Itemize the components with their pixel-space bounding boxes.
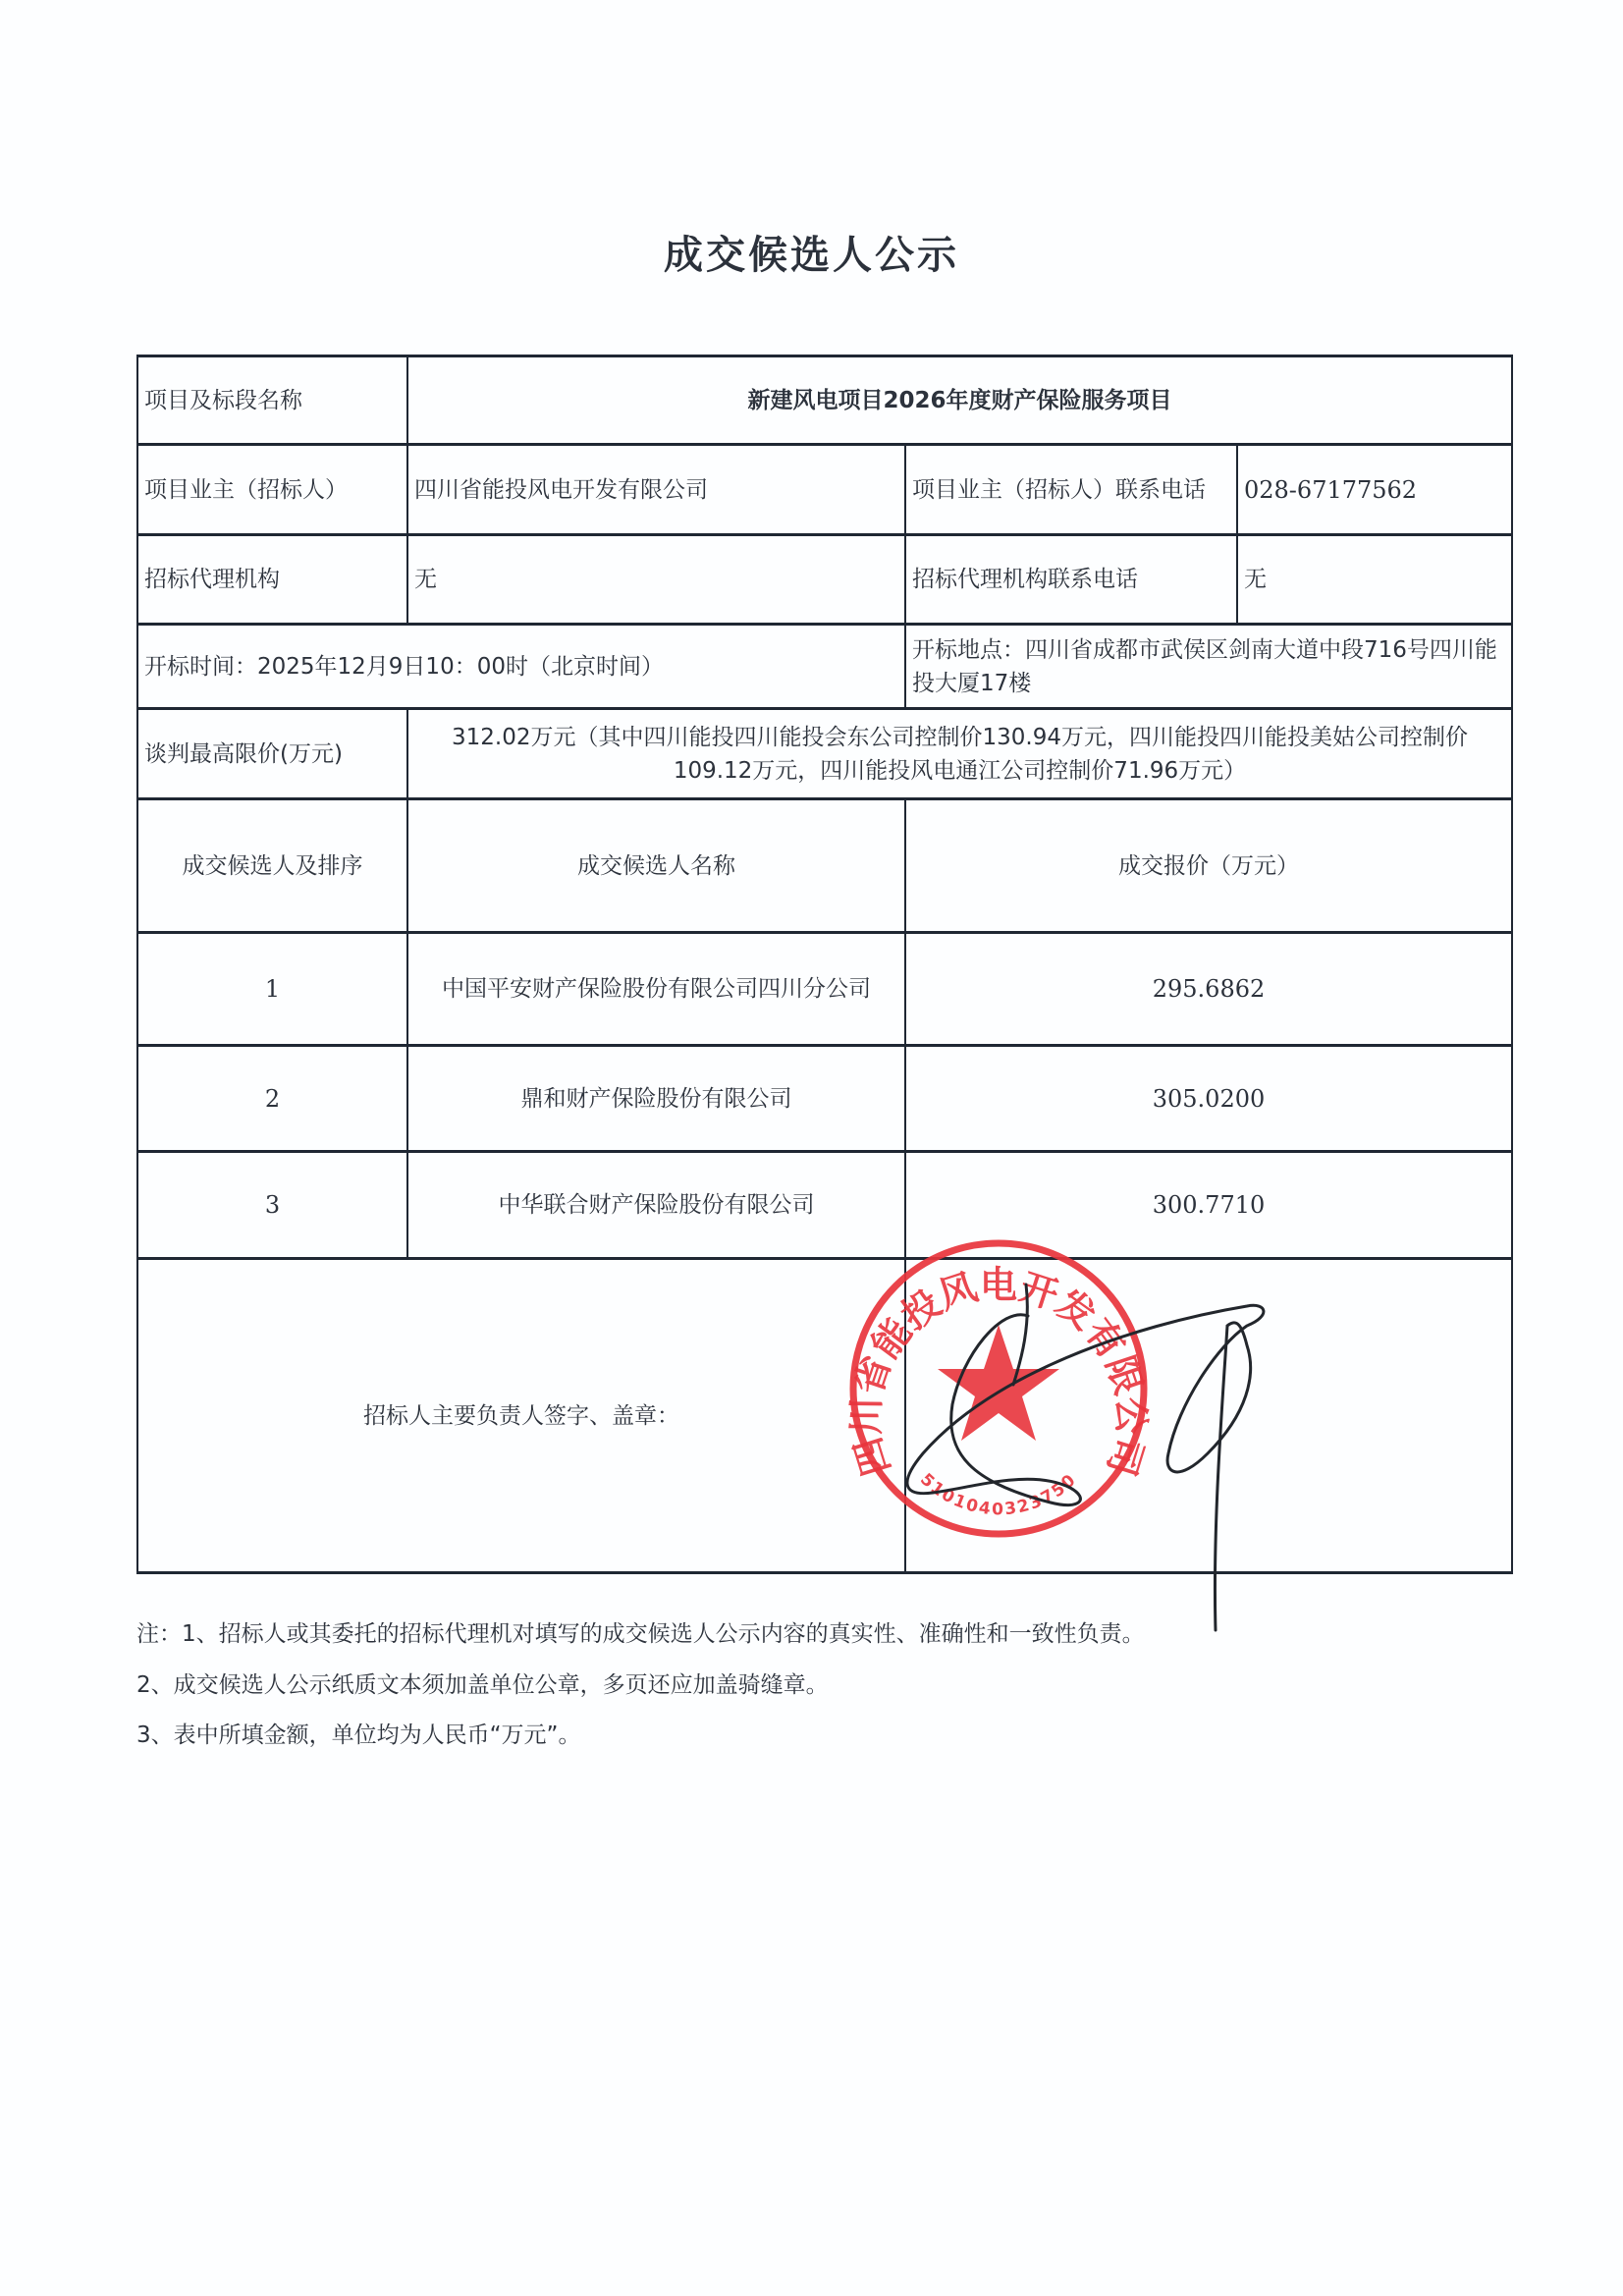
project-name-value: 新建风电项目2026年度财产保险服务项目 (408, 357, 1511, 443)
candidate-price: 295.6862 (906, 934, 1511, 1044)
max-price-value: 312.02万元（其中四川能投四川能投会东公司控制价130.94万元，四川能投四… (408, 710, 1511, 797)
candidate-name: 鼎和财产保险股份有限公司 (408, 1047, 904, 1150)
owner-phone-label: 项目业主（招标人）联系电话 (906, 446, 1236, 533)
note-2: 2、成交候选人公示纸质文本须加盖单位公章，多页还应加盖骑缝章。 (136, 1667, 829, 1699)
opening-time: 开标时间：2025年12月9日10：00时（北京时间） (138, 626, 904, 707)
candidate-price: 305.0200 (906, 1047, 1511, 1150)
agency-value: 无 (408, 536, 904, 623)
owner-value: 四川省能投风电开发有限公司 (408, 446, 904, 533)
agency-phone-label: 招标代理机构联系电话 (906, 536, 1236, 623)
opening-place: 开标地点：四川省成都市武侯区剑南大道中段716号四川能投大厦17楼 (906, 626, 1511, 707)
agency-label: 招标代理机构 (138, 536, 406, 623)
candidates-header-price: 成交报价（万元） (906, 800, 1511, 931)
candidate-rank: 2 (138, 1047, 406, 1150)
table-border-right (1511, 355, 1513, 1573)
candidate-rank: 1 (138, 934, 406, 1044)
page-title: 成交候选人公示 (0, 224, 1623, 280)
owner-label: 项目业主（招标人） (138, 446, 406, 533)
handwritten-signature-icon (884, 1267, 1355, 1640)
candidate-name: 中国平安财产保险股份有限公司四川分公司 (408, 934, 904, 1044)
note-1: 注：1、招标人或其委托的招标代理机对填写的成交候选人公示内容的真实性、准确性和一… (136, 1615, 1145, 1648)
candidate-name: 中华联合财产保险股份有限公司 (408, 1153, 904, 1257)
agency-phone-value: 无 (1238, 536, 1511, 623)
candidates-header-name: 成交候选人名称 (408, 800, 904, 931)
max-price-label: 谈判最高限价(万元) (138, 710, 406, 797)
signature-label: 招标人主要负责人签字、盖章： (138, 1260, 904, 1571)
owner-phone-value: 028-67177562 (1238, 446, 1511, 533)
candidate-rank: 3 (138, 1153, 406, 1257)
candidates-header-rank: 成交候选人及排序 (138, 800, 406, 931)
project-name-label: 项目及标段名称 (138, 357, 406, 443)
note-3: 3、表中所填金额，单位均为人民币“万元”。 (136, 1717, 580, 1749)
